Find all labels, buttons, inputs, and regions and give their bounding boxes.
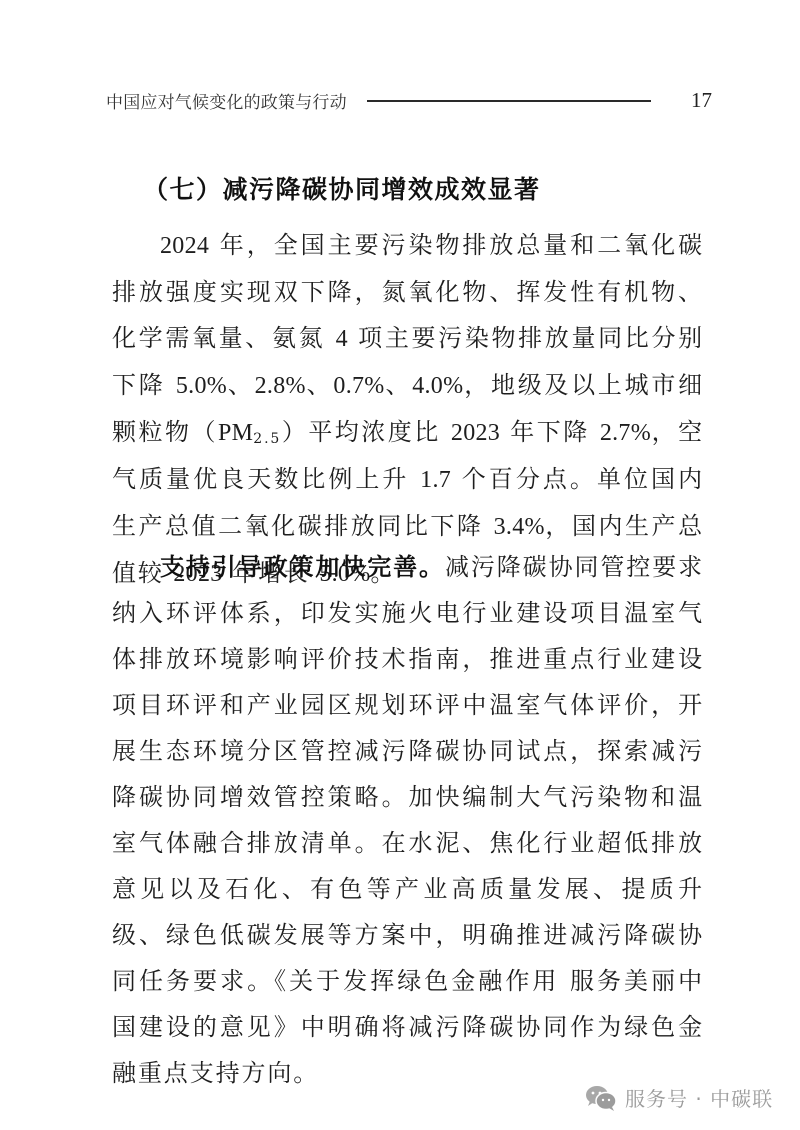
paragraph-summary: 2024 年，全国主要污染物排放总量和二氧化碳排放强度实现双下降，氮氧化物、挥发…: [112, 222, 704, 597]
numeric-value: 5.0%: [176, 373, 227, 399]
header-rule-divider: [367, 100, 651, 102]
body-paragraph-2: 支持引导政策加快完善。减污降碳协同管控要求纳入环评体系，印发实施火电行业建设项目…: [112, 544, 704, 1096]
numeric-value: 3.4%: [494, 514, 545, 540]
text-run: 、: [227, 371, 255, 399]
numeric-value: 4.0%: [412, 373, 463, 399]
page-number: 17: [691, 88, 712, 113]
numeric-value: 2.7%: [600, 420, 651, 446]
header-title: 中国应对气候变化的政策与行动: [106, 88, 347, 113]
paragraph-lead-heading: 支持引导政策加快完善。: [160, 553, 445, 581]
subscript-text: 2.5: [253, 431, 281, 447]
text-run: 减污降碳协同管控要求纳入环评体系，印发实施火电行业建设项目温室气体排放环境影响评…: [112, 553, 704, 1087]
text-run: ）平均浓度比: [281, 418, 451, 446]
numeric-value: 2.8%: [255, 373, 306, 399]
numeric-value: PM: [218, 420, 253, 446]
running-header: 中国应对气候变化的政策与行动 17: [106, 86, 712, 114]
watermark-text: 服务号 · 中碳联: [625, 1083, 773, 1112]
numeric-value: 2023: [451, 420, 500, 446]
text-run: 、: [306, 371, 334, 399]
text-run: 、: [385, 371, 413, 399]
numeric-value: 4: [336, 326, 348, 352]
numeric-value: 0.7%: [333, 373, 384, 399]
section-heading: （七）减污降碳协同增效成效显著: [143, 170, 541, 206]
text-run: 年下降: [500, 418, 600, 446]
wechat-icon: [585, 1084, 617, 1112]
body-paragraph-1: 2024 年，全国主要污染物排放总量和二氧化碳排放强度实现双下降，氮氧化物、挥发…: [112, 222, 704, 597]
numeric-value: 1.7: [420, 467, 451, 493]
numeric-value: 2024: [160, 233, 209, 259]
watermark: 服务号 · 中碳联: [585, 1083, 773, 1112]
paragraph-policy: 支持引导政策加快完善。减污降碳协同管控要求纳入环评体系，印发实施火电行业建设项目…: [112, 544, 704, 1096]
